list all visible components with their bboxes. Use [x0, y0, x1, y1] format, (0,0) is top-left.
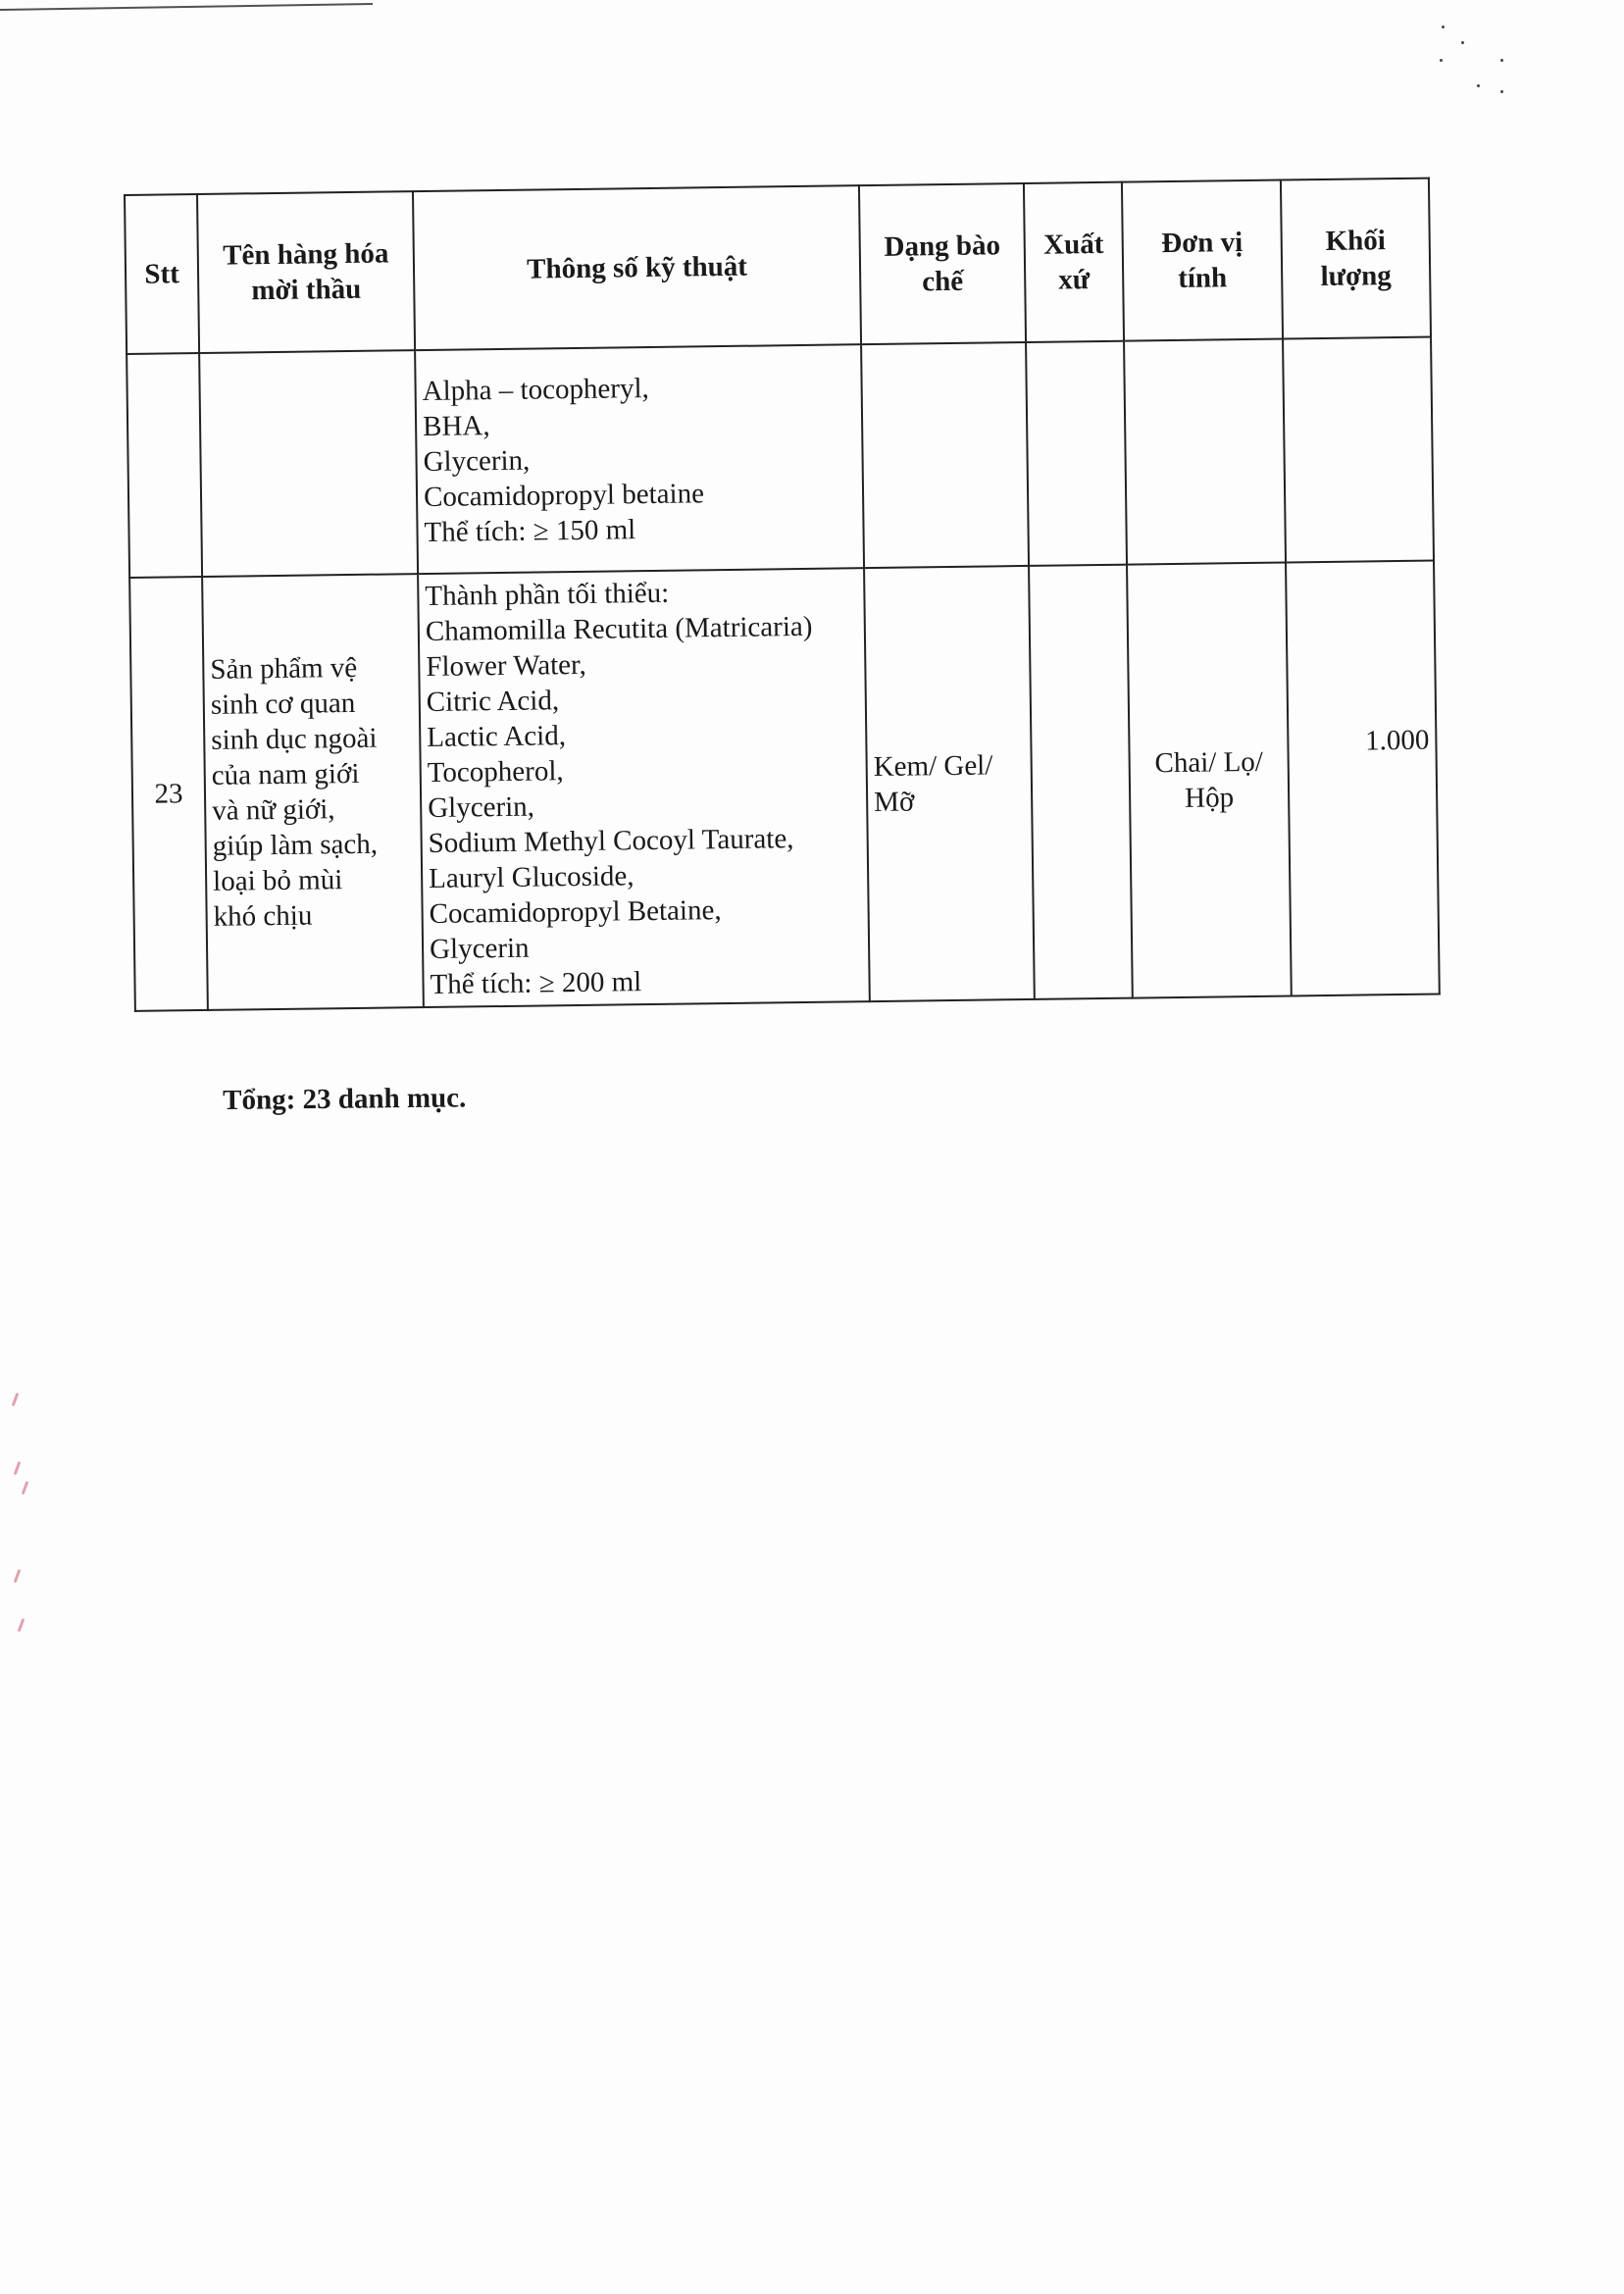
spec-line: Thể tích: ≥ 150 ml	[424, 509, 856, 550]
header-origin-line: xứ	[1032, 262, 1116, 298]
total-summary: Tổng: 23 danh mục.	[223, 1082, 467, 1117]
header-qty-line: lượng	[1289, 258, 1423, 295]
speck	[1442, 25, 1445, 28]
header-name-line: Tên hàng hóa	[205, 235, 407, 274]
header-stt-label: Stt	[144, 258, 179, 289]
header-spec: Thông số kỹ thuật	[413, 185, 861, 350]
header-name: Tên hàng hóa mời thầu	[197, 191, 415, 353]
cell-spec: Alpha – tocopheryl, BHA, Glycerin, Cocam…	[415, 344, 864, 574]
scanned-page: Stt Tên hàng hóa mời thầu Thông số kỹ th…	[0, 0, 1624, 2294]
cell-unit: Chai/ Lọ/ Hộp	[1127, 563, 1292, 998]
red-mark	[14, 1461, 22, 1475]
spec-line: Flower Water,	[426, 643, 858, 685]
name-line: Sản phẩm vệ	[210, 649, 412, 688]
name-line: khó chịu	[213, 896, 415, 935]
header-spec-label: Thông số kỹ thuật	[527, 251, 747, 285]
spec-line: Chamomilla Recutita (Matricaria)	[426, 608, 858, 649]
cell-name	[199, 350, 418, 577]
table-row: Alpha – tocopheryl, BHA, Glycerin, Cocam…	[127, 337, 1434, 578]
spec-line: Cocamidopropyl Betaine,	[429, 891, 861, 932]
cell-origin	[1029, 565, 1133, 999]
spec-line: Lauryl Glucoside,	[429, 855, 861, 896]
name-line: sinh cơ quan	[211, 685, 413, 723]
speck	[1500, 90, 1503, 93]
spec-line: Glycerin,	[428, 785, 860, 826]
header-qty-line: Khối	[1289, 223, 1423, 260]
spec-table: Stt Tên hàng hóa mời thầu Thông số kỹ th…	[124, 178, 1441, 1012]
speck	[1500, 59, 1503, 62]
name-line: của nam giới	[212, 755, 414, 793]
scan-edge-line	[0, 3, 373, 11]
cell-form: Kem/ Gel/ Mỡ	[864, 566, 1035, 1001]
header-stt: Stt	[125, 194, 199, 354]
scan-specks	[1438, 20, 1516, 98]
header-name-line: mời thầu	[205, 271, 407, 309]
cell-name: Sản phẩm vệ sinh cơ quan sinh dục ngoài …	[202, 574, 424, 1010]
cell-unit	[1124, 339, 1286, 565]
table-row: 23 Sản phẩm vệ sinh cơ quan sinh dục ngo…	[129, 561, 1440, 1011]
red-mark	[18, 1618, 25, 1632]
speck	[1440, 59, 1443, 62]
cell-stt	[127, 353, 202, 578]
header-unit: Đơn vị tính	[1122, 180, 1283, 341]
spec-table-container: Stt Tên hàng hóa mời thầu Thông số kỹ th…	[124, 178, 1439, 1012]
header-unit-line: Đơn vị	[1130, 225, 1275, 262]
cell-form	[861, 342, 1029, 568]
spec-line: Tocopherol,	[428, 749, 860, 790]
spec-line: BHA,	[423, 403, 855, 444]
header-unit-line: tính	[1130, 260, 1275, 297]
spec-line: Cocamidopropyl betaine	[424, 474, 856, 515]
name-line: giúp làm sạch,	[212, 826, 414, 864]
cell-origin	[1026, 341, 1127, 566]
header-origin: Xuất xứ	[1024, 182, 1124, 342]
header-origin-line: Xuất	[1032, 227, 1116, 263]
unit-line: Hộp	[1137, 780, 1282, 817]
spec-line: Citric Acid,	[427, 679, 859, 720]
header-form: Dạng bào chế	[859, 183, 1026, 344]
cell-qty: 1.000	[1286, 561, 1440, 996]
spec-line: Alpha – tocopheryl,	[422, 368, 854, 409]
speck	[1477, 84, 1480, 87]
cell-spec: Thành phần tối thiểu: Chamomilla Recutit…	[418, 568, 870, 1007]
name-line: và nữ giới,	[212, 790, 414, 829]
spec-line: Glycerin,	[423, 438, 855, 480]
spec-line: Lactic Acid,	[427, 714, 859, 755]
scan-red-marks	[6, 1393, 35, 1648]
form-line: Kem/ Gel/	[873, 747, 1024, 785]
red-mark	[12, 1393, 20, 1406]
header-form-line: Dạng bào	[867, 228, 1018, 265]
spec-line: Sodium Methyl Cocoyl Taurate,	[428, 820, 860, 861]
cell-qty	[1283, 337, 1434, 563]
spec-line: Thành phần tối thiểu:	[425, 573, 857, 614]
header-form-line: chế	[867, 263, 1018, 300]
name-line: loại bỏ mùi	[213, 861, 415, 899]
red-mark	[22, 1481, 29, 1495]
spec-line: Glycerin	[430, 926, 862, 967]
speck	[1461, 41, 1464, 44]
qty-value: 1.000	[1365, 725, 1430, 757]
header-row: Stt Tên hàng hóa mời thầu Thông số kỹ th…	[125, 178, 1431, 354]
form-line: Mỡ	[874, 783, 1025, 820]
red-mark	[14, 1569, 22, 1583]
cell-stt: 23	[129, 577, 208, 1011]
header-qty: Khối lượng	[1281, 178, 1431, 339]
name-line: sinh dục ngoài	[211, 720, 413, 758]
spec-line: Thể tích: ≥ 200 ml	[430, 961, 862, 1002]
unit-line: Chai/ Lọ/	[1136, 744, 1281, 782]
